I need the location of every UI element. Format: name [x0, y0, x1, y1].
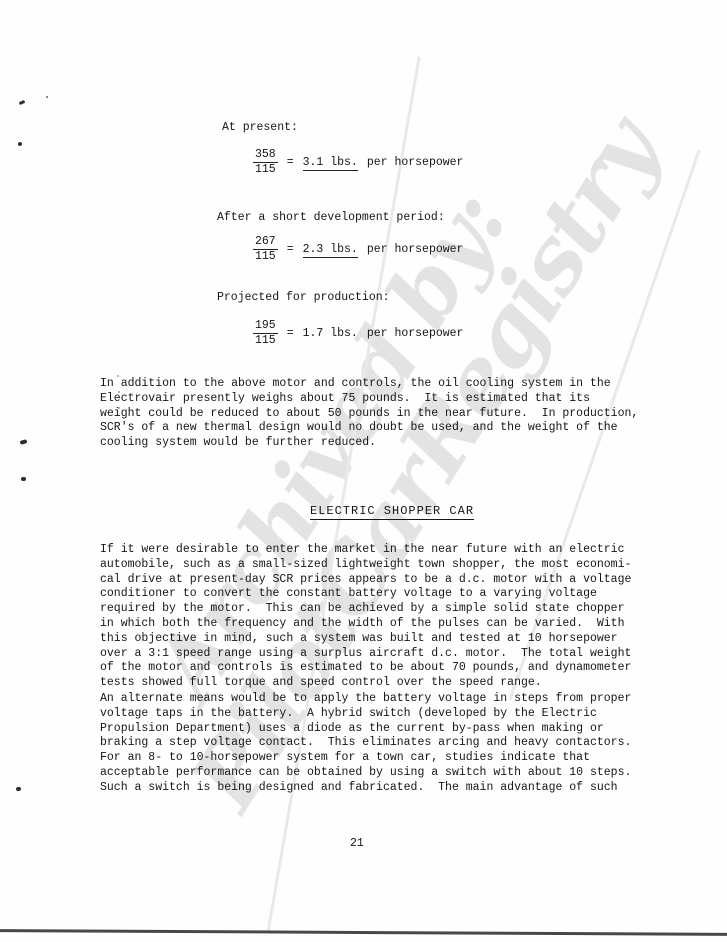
equation-production: 195 115 = 1.7 lbs. per horsepower	[253, 320, 463, 347]
paragraph-cooling-system: In addition to the above motor and contr…	[100, 377, 638, 451]
scan-speck	[20, 439, 28, 445]
fraction-numerator: 358	[253, 149, 278, 163]
scan-bottom-edge	[0, 929, 727, 935]
equation-suffix: per horsepower	[367, 243, 464, 256]
equation-label-production: Projected for production:	[217, 291, 390, 304]
scan-fold-line-left	[266, 56, 420, 934]
fraction-267-115: 267 115	[253, 236, 278, 263]
equals-sign: =	[287, 243, 294, 256]
fraction-358-115: 358 115	[253, 149, 278, 176]
fraction-denominator: 115	[255, 250, 276, 263]
fraction-numerator: 267	[253, 236, 278, 250]
scan-speck	[21, 477, 26, 481]
equation-label-at-present: At present:	[222, 121, 298, 134]
equals-sign: =	[287, 327, 294, 340]
page-number: 21	[350, 837, 364, 850]
scan-speck	[19, 100, 26, 105]
equation-suffix: per horsepower	[367, 156, 464, 169]
scan-speck	[118, 391, 120, 393]
paragraph-alternate-means: An alternate means would be to apply the…	[100, 692, 631, 796]
scanned-document-page: Archived by: PilotCarRegistry At present…	[0, 0, 727, 942]
scan-speck	[118, 407, 120, 409]
scan-speck	[17, 141, 22, 146]
equation-result: 3.1 lbs.	[303, 156, 358, 169]
equation-development: 267 115 = 2.3 lbs. per horsepower	[253, 236, 463, 263]
fraction-denominator: 115	[255, 163, 276, 176]
fraction-195-115: 195 115	[253, 320, 278, 347]
section-heading-electric-shopper-car: ELECTRIC SHOPPER CAR	[310, 504, 474, 520]
equation-label-development: After a short development period:	[217, 211, 445, 224]
paragraph-town-shopper: If it were desirable to enter the market…	[100, 543, 631, 691]
scan-speck	[46, 96, 48, 98]
equals-sign: =	[287, 156, 294, 169]
equation-at-present: 358 115 = 3.1 lbs. per horsepower	[253, 149, 463, 176]
scan-speck	[117, 375, 119, 377]
scan-speck	[16, 787, 22, 792]
equation-result: 1.7 lbs.	[303, 327, 358, 340]
fraction-numerator: 195	[253, 320, 278, 334]
fraction-denominator: 115	[255, 334, 276, 347]
equation-result: 2.3 lbs.	[303, 243, 358, 256]
equation-suffix: per horsepower	[367, 327, 464, 340]
